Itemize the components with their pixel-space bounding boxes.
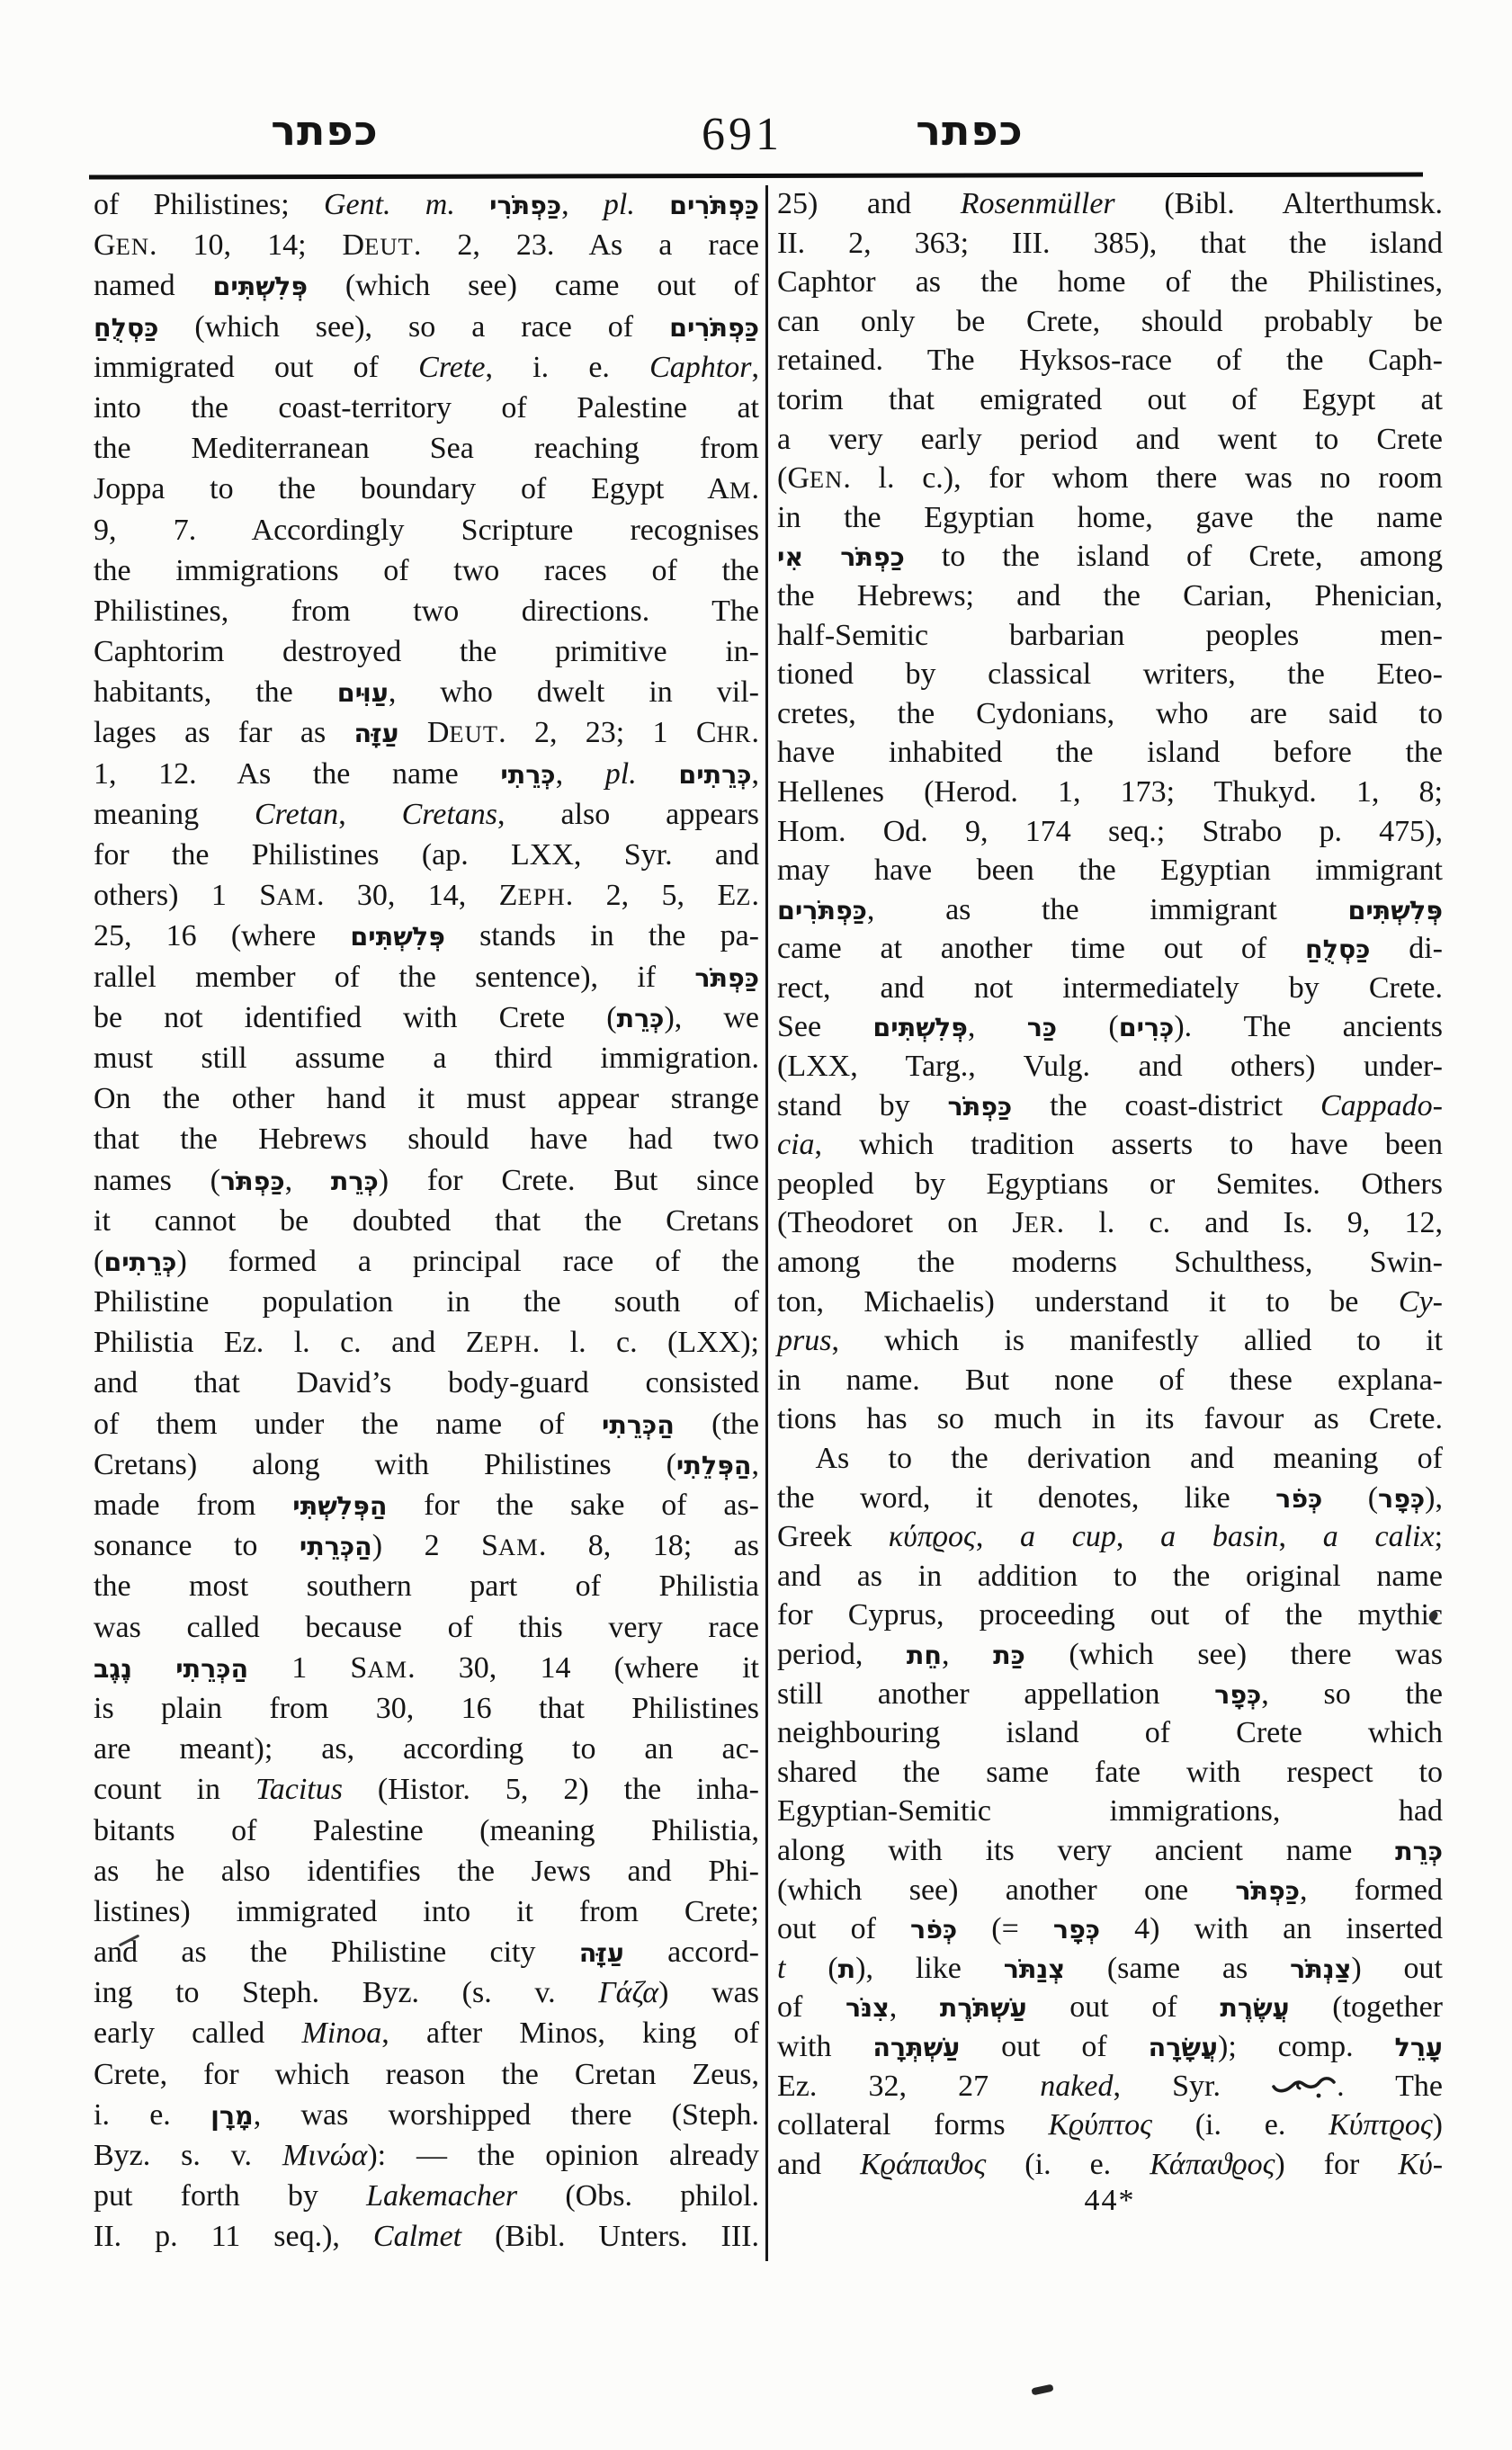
text-line: Cretans) along with Philistines (הַפְּלֵ… [94,1444,759,1485]
text-line: Hellenes (Herod. 1, 173; Thukyd. 1, 8; [777,773,1443,812]
text-line: See פְּלִשְׁתִּים, כַּר (כְּרִים). The a… [777,1007,1443,1047]
text-line: put forth by Lakemacher (Obs. philol. [94,2176,759,2216]
text-line: 25) and Rosenmüller (Bibl. Alterthumsk. [777,184,1443,224]
text-line: along with its very ancient name כְּרֵת [777,1831,1443,1871]
text-line: retained. The Hyksos-race of the Caph- [777,341,1443,380]
text-line: and as the Philistine city עַזָּה accord… [94,1932,759,1972]
text-line: half-Semitic barbarian peoples men- [777,616,1443,656]
text-line: כַּסְלֻחַ (which see), so a race of כַּפ… [94,307,759,347]
text-line: (כְּרֵתִים) formed a principal race of t… [94,1241,759,1282]
text-line: the immigrations of two races of the [94,550,759,591]
text-line: II. p. 11 seq.), Calmet (Bibl. Unters. I… [94,2216,759,2257]
text-line: bitants of Palestine (meaning Philistia, [94,1811,759,1851]
text-line: with עַשְׁתְּרָה out of עֲשָׂרָה); comp.… [777,2027,1443,2067]
text-line: GEN. 10, 14; DEUT. 2, 23. As a race [94,225,759,265]
column-divider-rule [765,185,768,2261]
text-line: and Κϱάπαϑος (i. e. Κάπαϑϱος) for Κύ- [777,2145,1443,2185]
text-line: tioned by classical writers, the Eteo- [777,655,1443,694]
text-line: others) 1 SAM. 30, 14, ZEPH. 2, 5, EZ. [94,875,759,916]
text-line: cia, which tradition asserts to have bee… [777,1125,1443,1165]
text-line: of Philistines; Gent. m. כַּפְתֹּרִי, pl… [94,184,759,225]
text-line: נֶגֶב הַכְּרֵתִי 1 SAM. 30, 14 (where it [94,1648,759,1688]
text-line: cretes, the Cydonians, who are said to [777,694,1443,734]
text-line: prus, which is manifestly allied to it [777,1321,1443,1361]
text-line: Egyptian-Semitic immigrations, had [777,1792,1443,1831]
text-line: be not identified with Crete (כְּרֵת), w… [94,997,759,1038]
text-line: a very early period and went to Crete [777,420,1443,460]
text-line: for Cyprus, proceeding out of the mythic [777,1596,1443,1635]
text-line: ton, Michaelis) understand it to be Cy- [777,1283,1443,1322]
page: { "document": { "header": { "left_keywor… [0,0,1512,2450]
text-line: that the Hebrews should have had two [94,1119,759,1159]
text-line: rallel member of the sentence), if כַּפְ… [94,957,759,997]
text-line: neighbouring island of Crete which [777,1713,1443,1753]
left-column: of Philistines; Gent. m. כַּפְתֹּרִי, pl… [94,184,759,2258]
text-line: torim that emigrated out of Egypt at [777,380,1443,420]
text-line: may have been the Egyptian immigrant [777,851,1443,890]
text-line: are meant); as, according to an ac- [94,1729,759,1769]
text-line: 25, 16 (where פְּלִשְׁתִּים stands in th… [94,916,759,956]
text-line: Ez. 32, 27 naked, Syr. . The [777,2067,1443,2106]
text-line: and as in addition to the original name [777,1557,1443,1596]
text-line: lages as far as עַזָּה DEUT. 2, 23; 1 CH… [94,712,759,753]
text-line: count in Tacitus (Histor. 5, 2) the inha… [94,1769,759,1810]
text-line: the most southern part of Philistia [94,1566,759,1606]
text-line: early called Minoa, after Minos, king of [94,2013,759,2053]
text-line: (Theodoret on JER. l. c. and Is. 9, 12, [777,1203,1443,1243]
text-line: peopled by Egyptians or Semites. Others [777,1165,1443,1204]
text-line: Hom. Od. 9, 174 seq.; Strabo p. 475), [777,812,1443,852]
text-line: have inhabited the island before the [777,733,1443,773]
text-line: (LXX, Targ., Vulg. and others) under- [777,1047,1443,1086]
ink-speck [1031,2384,1053,2396]
text-line: On the other hand it must appear strange [94,1078,759,1119]
text-line: and that David’s body-guard consisted [94,1363,759,1403]
text-line: the word, it denotes, like כְּפֹר (כְּפָ… [777,1479,1443,1518]
signature-mark: 44* [777,2184,1443,2218]
text-line: meaning Cretan, Cretans, also appears [94,794,759,835]
text-line: Greek κύπϱος, a cup, a basin, a calix; [777,1517,1443,1557]
text-line: אִי כַפְתֹּר to the island of Crete, amo… [777,537,1443,577]
text-line: Crete, for which reason the Cretan Zeus, [94,2054,759,2095]
text-line: rect, and not intermediately by Crete. [777,969,1443,1008]
text-line: II. 2, 363; III. 385), that the island [777,224,1443,264]
text-line: still another appellation כְּפָר, so the [777,1675,1443,1714]
text-line: into the coast-territory of Palestine at [94,388,759,428]
text-line: sonance to הַכְּרֵתִי) 2 SAM. 8, 18; as [94,1525,759,1566]
text-line: the Mediterranean Sea reaching from [94,428,759,469]
text-line: can only be Crete, should probably be [777,302,1443,342]
text-line: ing to Steph. Byz. (s. v. Γάζα) was [94,1972,759,2013]
text-line: 9, 7. Accordingly Scripture recognises [94,510,759,550]
text-line: Caphtor as the home of the Philistines, [777,263,1443,302]
text-line: (which see) another one כַּפְתֹּר, forme… [777,1871,1443,1910]
text-line: immigrated out of Crete, i. e. Caphtor, [94,347,759,388]
text-line: 1, 12. As the name כְּרֵתִי, pl. כְּרֵתִ… [94,754,759,794]
text-line: tions has so much in its favour as Crete… [777,1399,1443,1439]
text-line: i. e. מָרָן, was worshipped there (Steph… [94,2095,759,2135]
text-line: t (ת), like צְנַתֹּר (same as צַנְתֹּר) … [777,1949,1443,1989]
text-line: is plain from 30, 16 that Philistines [94,1688,759,1729]
header-keyword-left: כפתר [190,110,460,151]
text-line: period, חֵת, כַּת (which see) there was [777,1635,1443,1675]
header-keyword-right: כפתר [835,110,1105,151]
text-line: for the Philistines (ap. LXX, Syr. and [94,835,759,875]
text-line: in name. But none of these explana- [777,1361,1443,1400]
text-line: listines) immigrated into it from Crete; [94,1891,759,1932]
text-line: כַּפְתֹּרִים, as the immigrant פְּלִשְׁת… [777,890,1443,930]
text-line: was called because of this very race [94,1607,759,1648]
text-line: Philistines, from two directions. The [94,591,759,631]
right-column: 25) and Rosenmüller (Bibl. Alterthumsk.I… [777,184,1443,2184]
text-line: names (כַּפְתֹּר, כְּרֵת) for Crete. But… [94,1160,759,1201]
text-line: among the moderns Schulthess, Swin- [777,1243,1443,1283]
text-line: named פְּלִשְׁתִּים (which see) came out… [94,265,759,306]
text-line: in the Egyptian home, gave the name [777,498,1443,538]
header-rule [89,172,1423,179]
text-line: Byz. s. v. Μινώα): — the opinion already [94,2135,759,2176]
text-line: (GEN. l. c.), for whom there was no room [777,459,1443,498]
text-line: As to the derivation and meaning of [777,1439,1443,1479]
text-line: the Hebrews; and the Carian, Phenician, [777,577,1443,616]
text-line: must still assume a third immigration. [94,1038,759,1078]
text-line: of צִנֹּר, עַשְׁתֹּרֶת out of עֲשֶׂרֶת (… [777,1988,1443,2027]
text-line: shared the same fate with respect to [777,1753,1443,1793]
text-line: Philistine population in the south of [94,1282,759,1322]
text-line: made from הַפְּלִשְׁתִּי for the sake of… [94,1485,759,1525]
text-line: Philistia Ez. l. c. and ZEPH. l. c. (LXX… [94,1322,759,1363]
text-line: Caphtorim destroyed the primitive in- [94,631,759,672]
text-line: out of כְּפֹר (= כְּפָר 4) with an inser… [777,1909,1443,1949]
text-line: came at another time out of כַּסְלֻחַ di… [777,929,1443,969]
text-line: as he also identifies the Jews and Phi- [94,1851,759,1891]
text-line: collateral forms Κϱύπτος (i. e. Κύπτϱος) [777,2106,1443,2145]
text-line: it cannot be doubted that the Cretans [94,1201,759,1241]
text-line: stand by כַּפְתֹּר the coast-district Ca… [777,1086,1443,1126]
text-line: Joppa to the boundary of Egypt AM. [94,469,759,509]
syriac-word [1272,2070,1337,2103]
text-line: habitants, the עַוִּים, who dwelt in vil… [94,672,759,712]
text-line: of them under the name of הַכְּרֵתִי (th… [94,1404,759,1444]
